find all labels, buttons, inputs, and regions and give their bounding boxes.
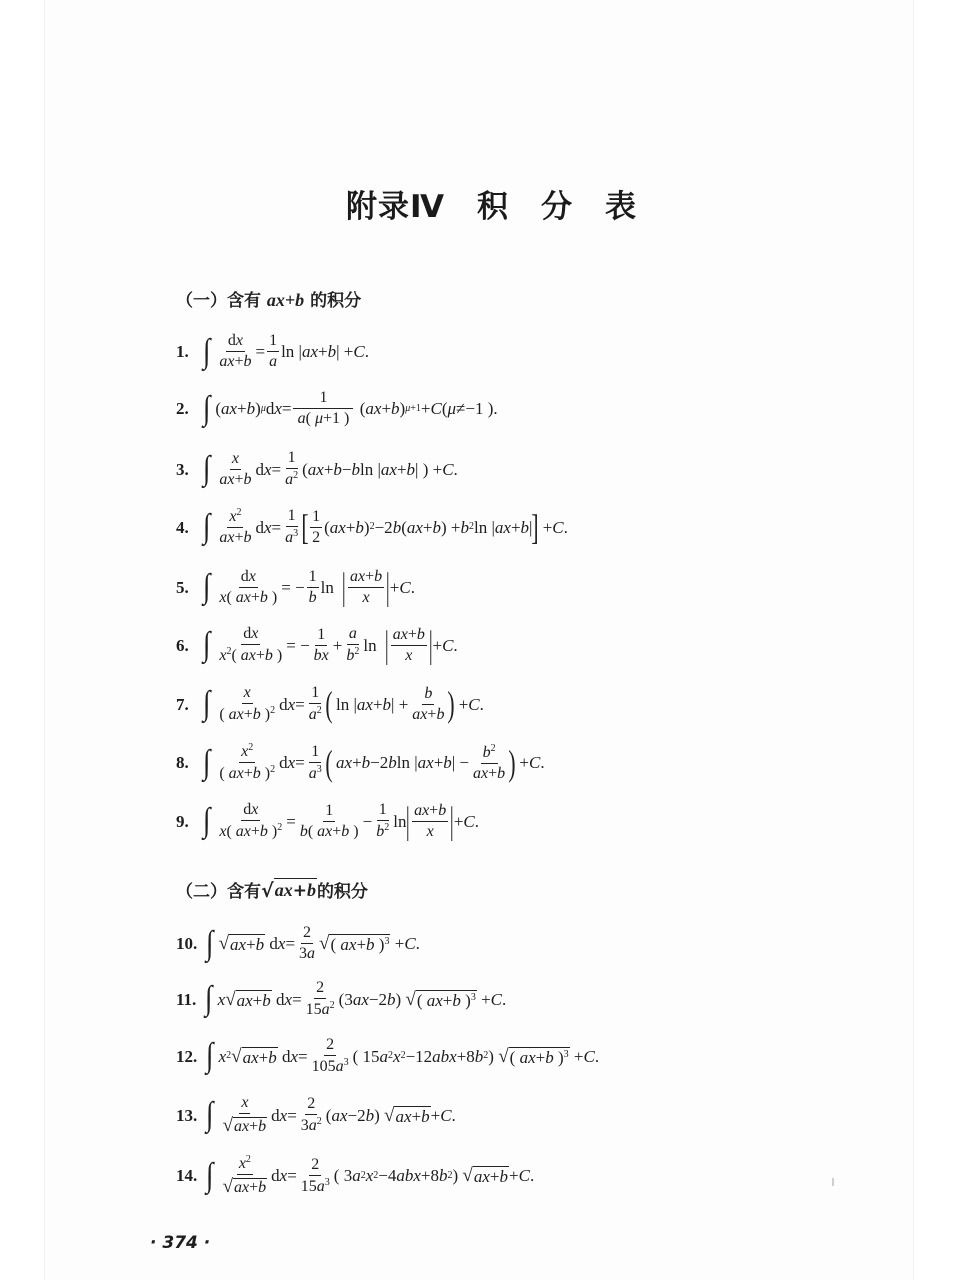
formula-number: 9. (176, 813, 194, 830)
section-heading-1: （一）含有 ax+b 的积分 (176, 286, 361, 311)
integral-sign-icon: ∫ (206, 1039, 213, 1073)
formula-number: 5. (176, 579, 194, 596)
integral-sign-icon: ∫ (203, 570, 210, 604)
formula-number: 12. (176, 1048, 197, 1065)
section-heading-suffix: 的积分 (317, 882, 368, 902)
formula-6: 6. ∫ dxx2( ax+b )= −1bx+ab2ln |ax+bx|+C. (176, 626, 458, 664)
page-number: · 374 · (150, 1233, 210, 1253)
integral-sign-icon: ∫ (203, 746, 210, 780)
formula-number: 11. (176, 991, 196, 1008)
formula-number: 7. (176, 696, 194, 713)
integral-sign-icon: ∫ (206, 1098, 213, 1132)
integral-sign-icon: ∫ (205, 982, 212, 1016)
section-heading-suffix: 的积分 (304, 291, 361, 311)
formula-11: 11. ∫ x√ax+b dx=215a2(3ax−2b) √( ax+b )3… (176, 980, 506, 1018)
formula-number: 4. (176, 519, 194, 536)
section-heading-math: ax+b (267, 290, 304, 310)
formula-7: 7. ∫ x( ax+b )2dx=1a2( ln | ax+b | +bax+… (176, 685, 484, 723)
integral-sign-icon: ∫ (203, 510, 210, 544)
formula-5: 5. ∫ dxx( ax+b )= −1bln |ax+bx|+C. (176, 568, 415, 606)
section-heading-prefix: （一）含有 (176, 291, 267, 311)
integral-sign-icon: ∫ (203, 628, 210, 662)
formula-8: 8. ∫ x2( ax+b )2dx=1a3( ax+b−2bln | ax+b… (176, 743, 545, 782)
formula-number: 1. (176, 343, 194, 360)
formula-number: 6. (176, 637, 194, 654)
section-heading-prefix: （二）含有 (176, 882, 261, 902)
sqrt-symbol: √ax+b (261, 878, 317, 901)
integral-sign-icon: ∫ (203, 392, 210, 426)
formula-number: 13. (176, 1107, 197, 1124)
page-margin-left (0, 0, 45, 1280)
page-margin-right (913, 0, 960, 1280)
integral-sign-icon: ∫ (203, 804, 210, 838)
formula-13: 13. ∫ x√ax+bdx=23a2( ax−2b ) √ax+b+C. (176, 1095, 456, 1135)
formula-10: 10. ∫ √ax+b dx=23a√( ax+b )3 +C. (176, 925, 420, 962)
formula-14: 14. ∫ x2√ax+bdx=215a3( 3a2x2−4abx+8b2 ) … (176, 1155, 534, 1196)
formula-number: 8. (176, 754, 194, 771)
integral-sign-icon: ∫ (203, 452, 210, 486)
formula-number: 10. (176, 935, 197, 952)
formula-4: 4. ∫ x2ax+bdx=1a3[12( ax+b )2−2b( ax+b )… (176, 508, 568, 546)
scan-artifact (832, 1178, 834, 1186)
page-title: 附录Ⅳ 积 分 表 (346, 181, 637, 226)
formula-number: 14. (176, 1167, 197, 1184)
integral-sign-icon: ∫ (206, 927, 213, 961)
integral-sign-icon: ∫ (203, 335, 210, 369)
formula-9: 9. ∫ dxx( ax+b )2=1b( ax+b )−1b2ln|ax+bx… (176, 802, 479, 840)
formula-2: 2. ∫ ( ax+b )μdx = 1 a( μ+1 ) ( ax+b )μ+… (176, 390, 498, 427)
formula-number: 2. (176, 400, 194, 417)
integral-sign-icon: ∫ (206, 1159, 213, 1193)
formula-12: 12. ∫ x2√ax+b dx=2105a3( 15a2x2−12abx+8b… (176, 1037, 599, 1075)
formula-number: 3. (176, 461, 194, 478)
formula-1: 1. ∫ dxax+b=1aln | ax+b | +C. (176, 333, 369, 370)
integral-sign-icon: ∫ (203, 687, 210, 721)
section-heading-2: （二）含有√ax+b的积分 (176, 877, 368, 902)
formula-3: 3. ∫ xax+bdx=1a2( ax+b−bln | ax+b | ) +C… (176, 450, 458, 488)
